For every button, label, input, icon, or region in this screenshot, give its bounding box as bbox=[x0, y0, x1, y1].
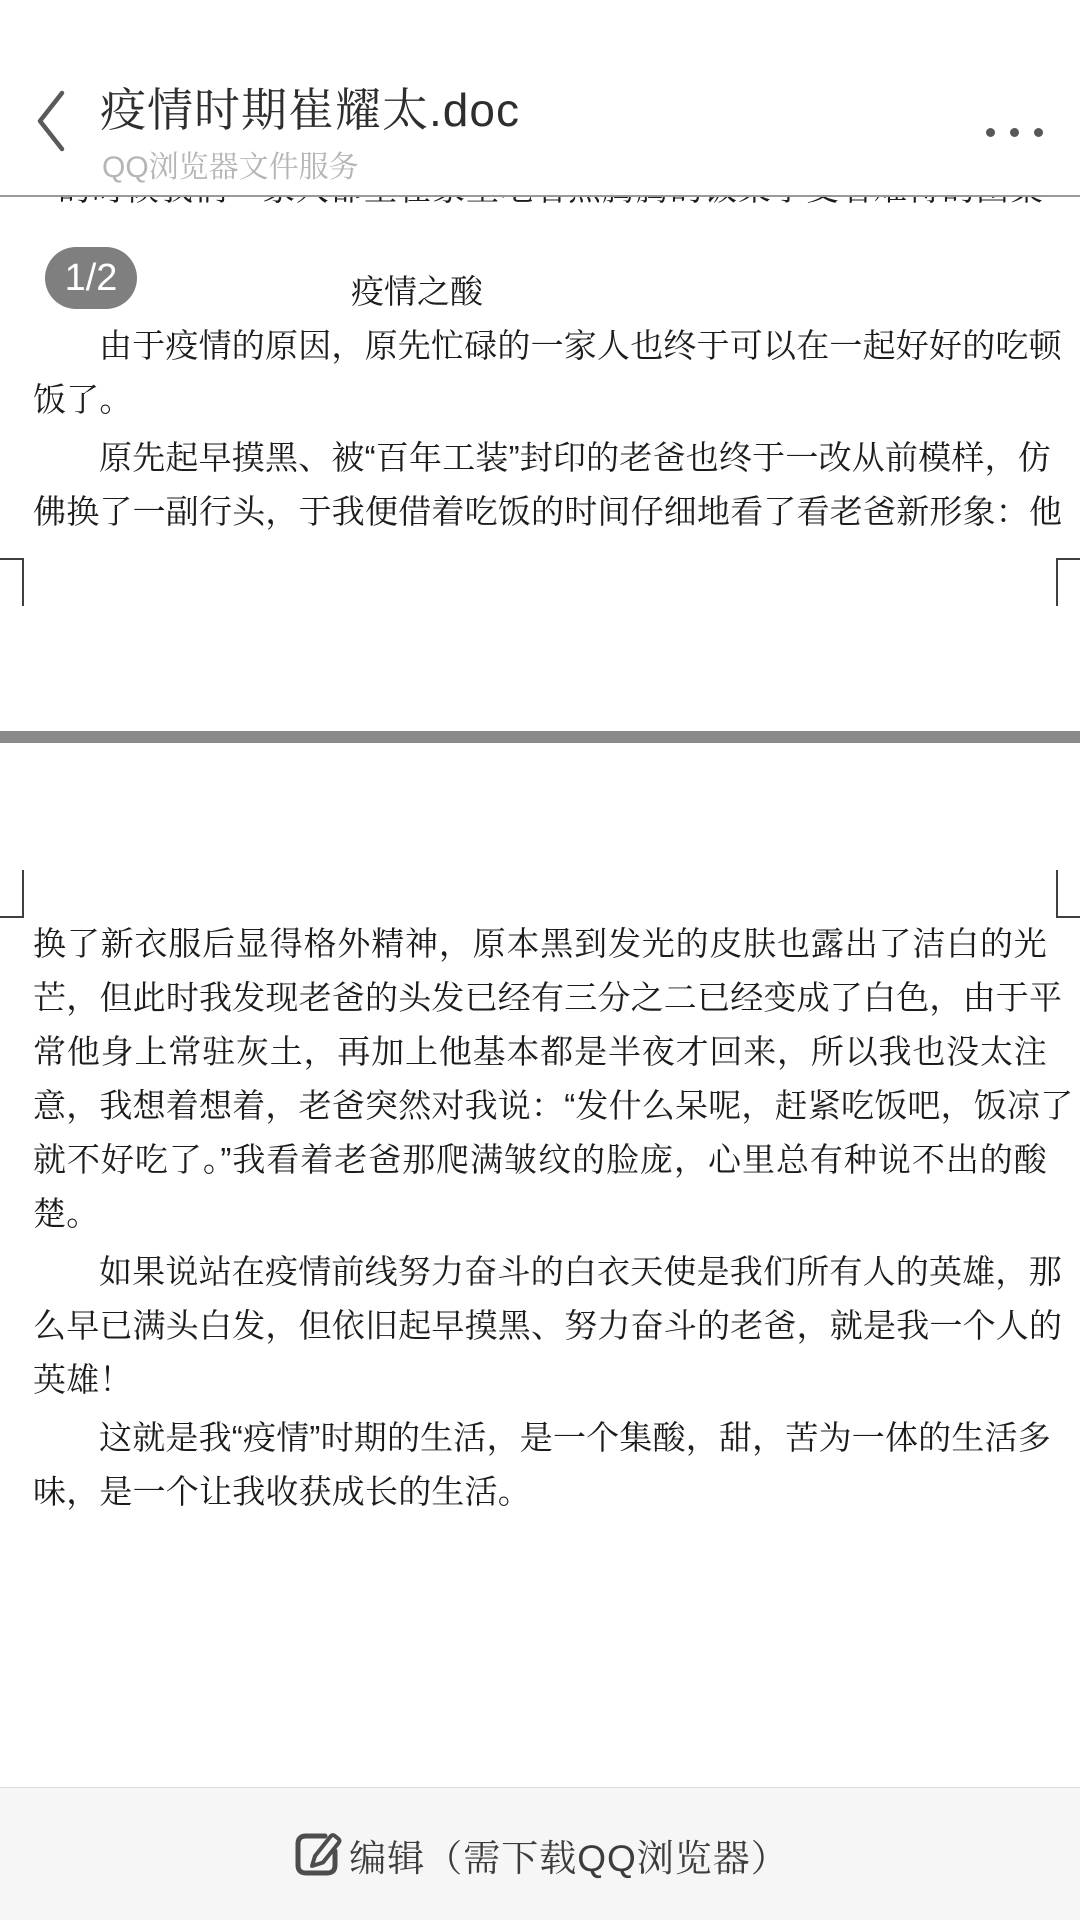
clipped-text-line: 的时候我们一家人都坐在家里吃着热腾腾的饭菜享受着难得的团聚 bbox=[0, 197, 1080, 206]
doc-text-line: 常他身上常驻灰土，再加上他基本都是半夜才回来，所以我也没太注 bbox=[33, 1025, 1047, 1079]
page1-corner-mark-right bbox=[1056, 558, 1080, 606]
paragraph: 换了新衣服后显得格外精神，原本黑到发光的皮肤也露出了洁白的光芒，但此时我发现老爸… bbox=[33, 917, 1047, 1241]
document-title: 疫情之酸 bbox=[33, 265, 801, 319]
doc-text-line: 芒，但此时我发现老爸的头发已经有三分之二已经变成了白色，由于平 bbox=[33, 971, 1047, 1025]
page2-corner-mark-left bbox=[0, 870, 24, 918]
more-dots-icon bbox=[1010, 128, 1019, 137]
more-options-button[interactable] bbox=[972, 108, 1056, 156]
paragraph: 由于疫情的原因，原先忙碌的一家人也终于可以在一起好好的吃顿饭了。 bbox=[33, 319, 1047, 427]
edit-button-label: 编辑（需下载QQ浏览器） bbox=[349, 1828, 789, 1882]
footer-bar: 编辑（需下载QQ浏览器） bbox=[0, 1787, 1080, 1920]
chevron-left-icon bbox=[30, 141, 74, 158]
page1-content: 疫情之酸 由于疫情的原因，原先忙碌的一家人也终于可以在一起好好的吃顿饭了。原先起… bbox=[33, 265, 1047, 539]
edit-button[interactable]: 编辑（需下载QQ浏览器） bbox=[291, 1824, 789, 1885]
more-dots-icon bbox=[986, 128, 995, 137]
edit-square-pencil-icon bbox=[291, 1824, 343, 1885]
doc-text-line: 换了新衣服后显得格外精神，原本黑到发光的皮肤也露出了洁白的光 bbox=[33, 917, 1047, 971]
doc-text-line: 意，我想着想着，老爸突然对我说：“发什么呆呢，赶紧吃饭吧，饭凉了 bbox=[33, 1079, 1047, 1133]
file-service-subtitle: QQ浏览器文件服务 bbox=[102, 142, 802, 186]
doc-text-line: 原先起早摸黑、被“百年工装”封印的老爸也终于一改从前模样，仿 bbox=[33, 431, 1047, 485]
page2-paragraphs: 换了新衣服后显得格外精神，原本黑到发光的皮肤也露出了洁白的光芒，但此时我发现老爸… bbox=[33, 917, 1047, 1519]
page2-corner-mark-right bbox=[1056, 870, 1080, 918]
header-bar: 疫情时期崔耀太.doc QQ浏览器文件服务 bbox=[0, 0, 1080, 195]
doc-text-line: 饭了。 bbox=[33, 373, 1047, 427]
file-title: 疫情时期崔耀太.doc bbox=[100, 74, 960, 140]
doc-text-line: 这就是我“疫情”时期的生活，是一个集酸，甜，苦为一体的生活多 bbox=[33, 1411, 1047, 1465]
page2-content: 换了新衣服后显得格外精神，原本黑到发光的皮肤也露出了洁白的光芒，但此时我发现老爸… bbox=[33, 917, 1047, 1519]
paragraph: 原先起早摸黑、被“百年工装”封印的老爸也终于一改从前模样，仿佛换了一副行头，于我… bbox=[33, 431, 1047, 539]
page1-corner-mark-left bbox=[0, 558, 24, 606]
more-dots-icon bbox=[1034, 128, 1043, 137]
doc-text-line: 由于疫情的原因，原先忙碌的一家人也终于可以在一起好好的吃顿 bbox=[33, 319, 1047, 373]
doc-text-line: 如果说站在疫情前线努力奋斗的白衣天使是我们所有人的英雄，那 bbox=[33, 1245, 1047, 1299]
doc-text-line: 么早已满头白发，但依旧起早摸黑、努力奋斗的老爸，就是我一个人的 bbox=[33, 1299, 1047, 1353]
document-viewer-screen: 疫情时期崔耀太.doc QQ浏览器文件服务 的时候我们一家人都坐在家里吃着热腾腾… bbox=[0, 0, 1080, 1920]
back-button[interactable] bbox=[30, 88, 90, 168]
paragraph: 这就是我“疫情”时期的生活，是一个集酸，甜，苦为一体的生活多味，是一个让我收获成… bbox=[33, 1411, 1047, 1519]
doc-text-line: 楚。 bbox=[33, 1187, 1047, 1241]
doc-text-line: 味，是一个让我收获成长的生活。 bbox=[33, 1465, 1047, 1519]
doc-text-line: 佛换了一副行头，于我便借着吃饭的时间仔细地看了看老爸新形象：他 bbox=[33, 485, 1047, 539]
doc-text-line: 就不好吃了。”我看着老爸那爬满皱纹的脸庞，心里总有种说不出的酸 bbox=[33, 1133, 1047, 1187]
page-break-band bbox=[0, 731, 1080, 743]
doc-text-line: 英雄！ bbox=[33, 1353, 1047, 1407]
paragraph: 如果说站在疫情前线努力奋斗的白衣天使是我们所有人的英雄，那么早已满头白发，但依旧… bbox=[33, 1245, 1047, 1407]
page1-paragraphs: 由于疫情的原因，原先忙碌的一家人也终于可以在一起好好的吃顿饭了。原先起早摸黑、被… bbox=[33, 319, 1047, 539]
